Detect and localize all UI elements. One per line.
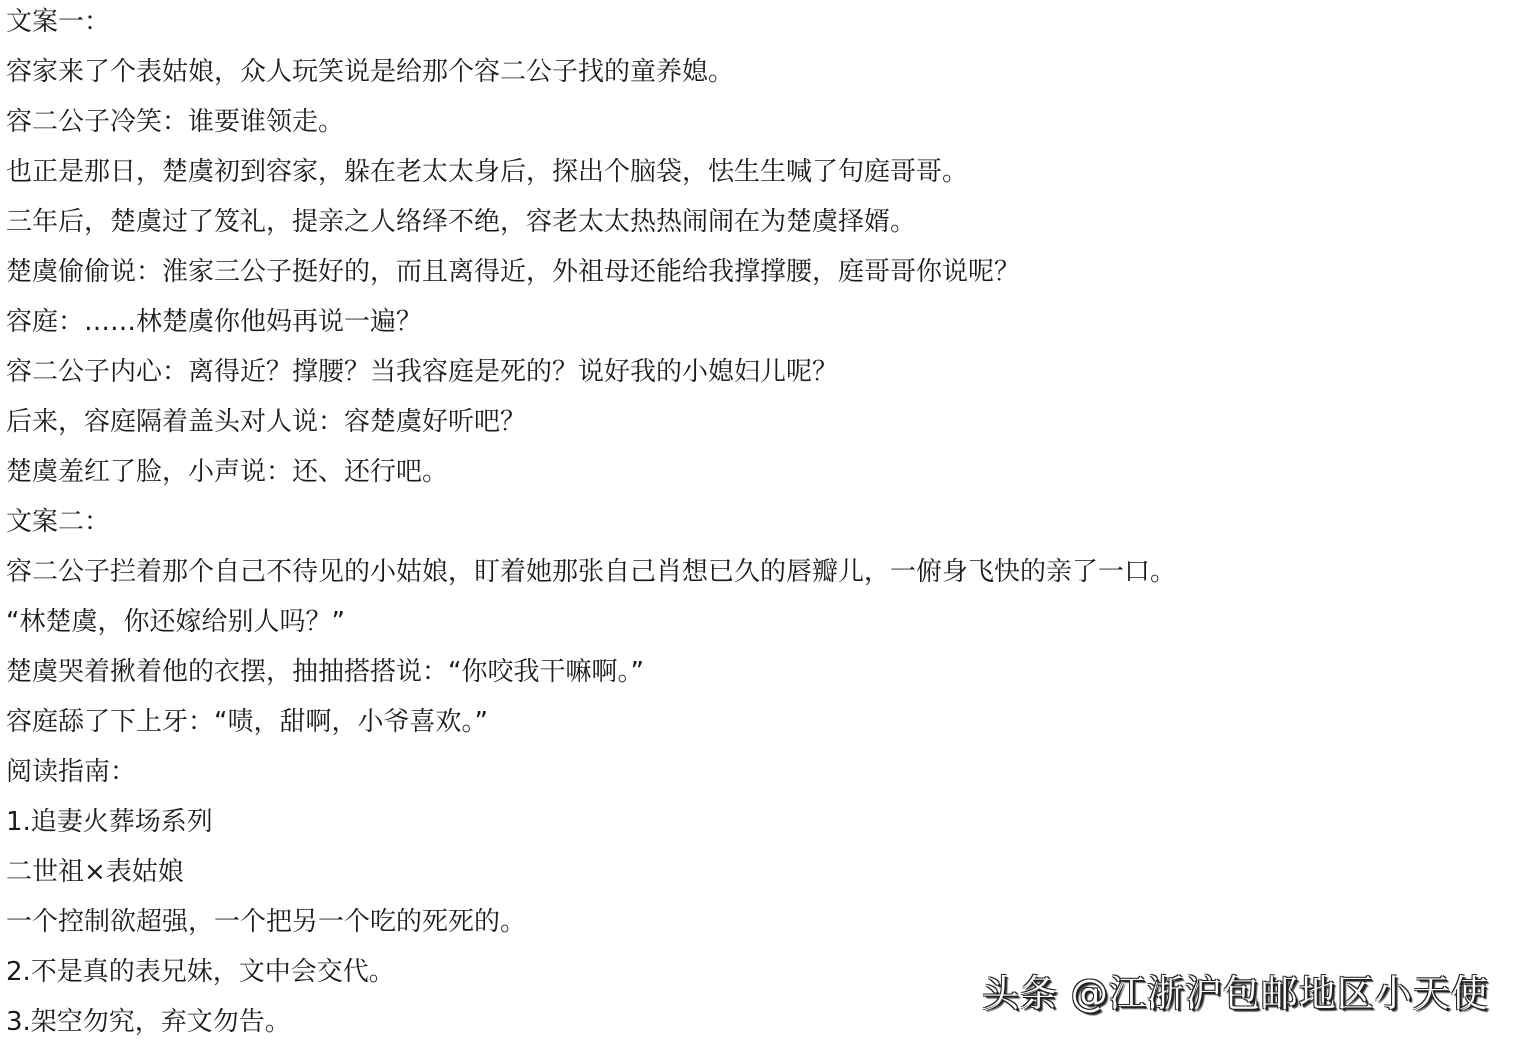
text-line: 后来，容庭隔着盖头对人说：容楚虞好听吧？ <box>6 397 1516 447</box>
watermark: 头条 @江浙沪包邮地区小天使 <box>982 970 1489 1018</box>
text-line: 也正是那日，楚虞初到容家，躲在老太太身后，探出个脑袋，怯生生喊了句庭哥哥。 <box>6 147 1516 197</box>
section-heading: 文案一： <box>6 0 1516 47</box>
text-line: 楚虞哭着揪着他的衣摆，抽抽搭搭说：“你咬我干嘛啊。” <box>6 647 1516 697</box>
text-line: 楚虞羞红了脸，小声说：还、还行吧。 <box>6 447 1516 497</box>
text-line: “林楚虞，你还嫁给别人吗？” <box>6 597 1516 647</box>
text-line: 三年后，楚虞过了笈礼，提亲之人络绎不绝，容老太太热热闹闹在为楚虞择婿。 <box>6 197 1516 247</box>
text-line: 容二公子拦着那个自己不待见的小姑娘，盯着她那张自己肖想已久的唇瓣儿，一俯身飞快的… <box>6 547 1516 597</box>
text-line: 容二公子冷笑：谁要谁领走。 <box>6 97 1516 147</box>
text-line: 容庭：……林楚虞你他妈再说一遍？ <box>6 297 1516 347</box>
text-line: 容家来了个表姑娘，众人玩笑说是给那个容二公子找的童养媳。 <box>6 47 1516 97</box>
section-heading: 阅读指南： <box>6 747 1516 797</box>
text-line: 1.追妻火葬场系列 <box>6 797 1516 847</box>
text-line: 二世祖×表姑娘 <box>6 847 1516 897</box>
document-body: 文案一： 容家来了个表姑娘，众人玩笑说是给那个容二公子找的童养媳。 容二公子冷笑… <box>6 0 1516 1044</box>
text-line: 楚虞偷偷说：淮家三公子挺好的，而且离得近，外祖母还能给我撑撑腰，庭哥哥你说呢？ <box>6 247 1516 297</box>
text-line: 容二公子内心：离得近？撑腰？当我容庭是死的？说好我的小媳妇儿呢？ <box>6 347 1516 397</box>
text-line: 容庭舔了下上牙：“啧，甜啊，小爷喜欢。” <box>6 697 1516 747</box>
text-line: 一个控制欲超强，一个把另一个吃的死死的。 <box>6 897 1516 947</box>
section-heading: 文案二： <box>6 497 1516 547</box>
